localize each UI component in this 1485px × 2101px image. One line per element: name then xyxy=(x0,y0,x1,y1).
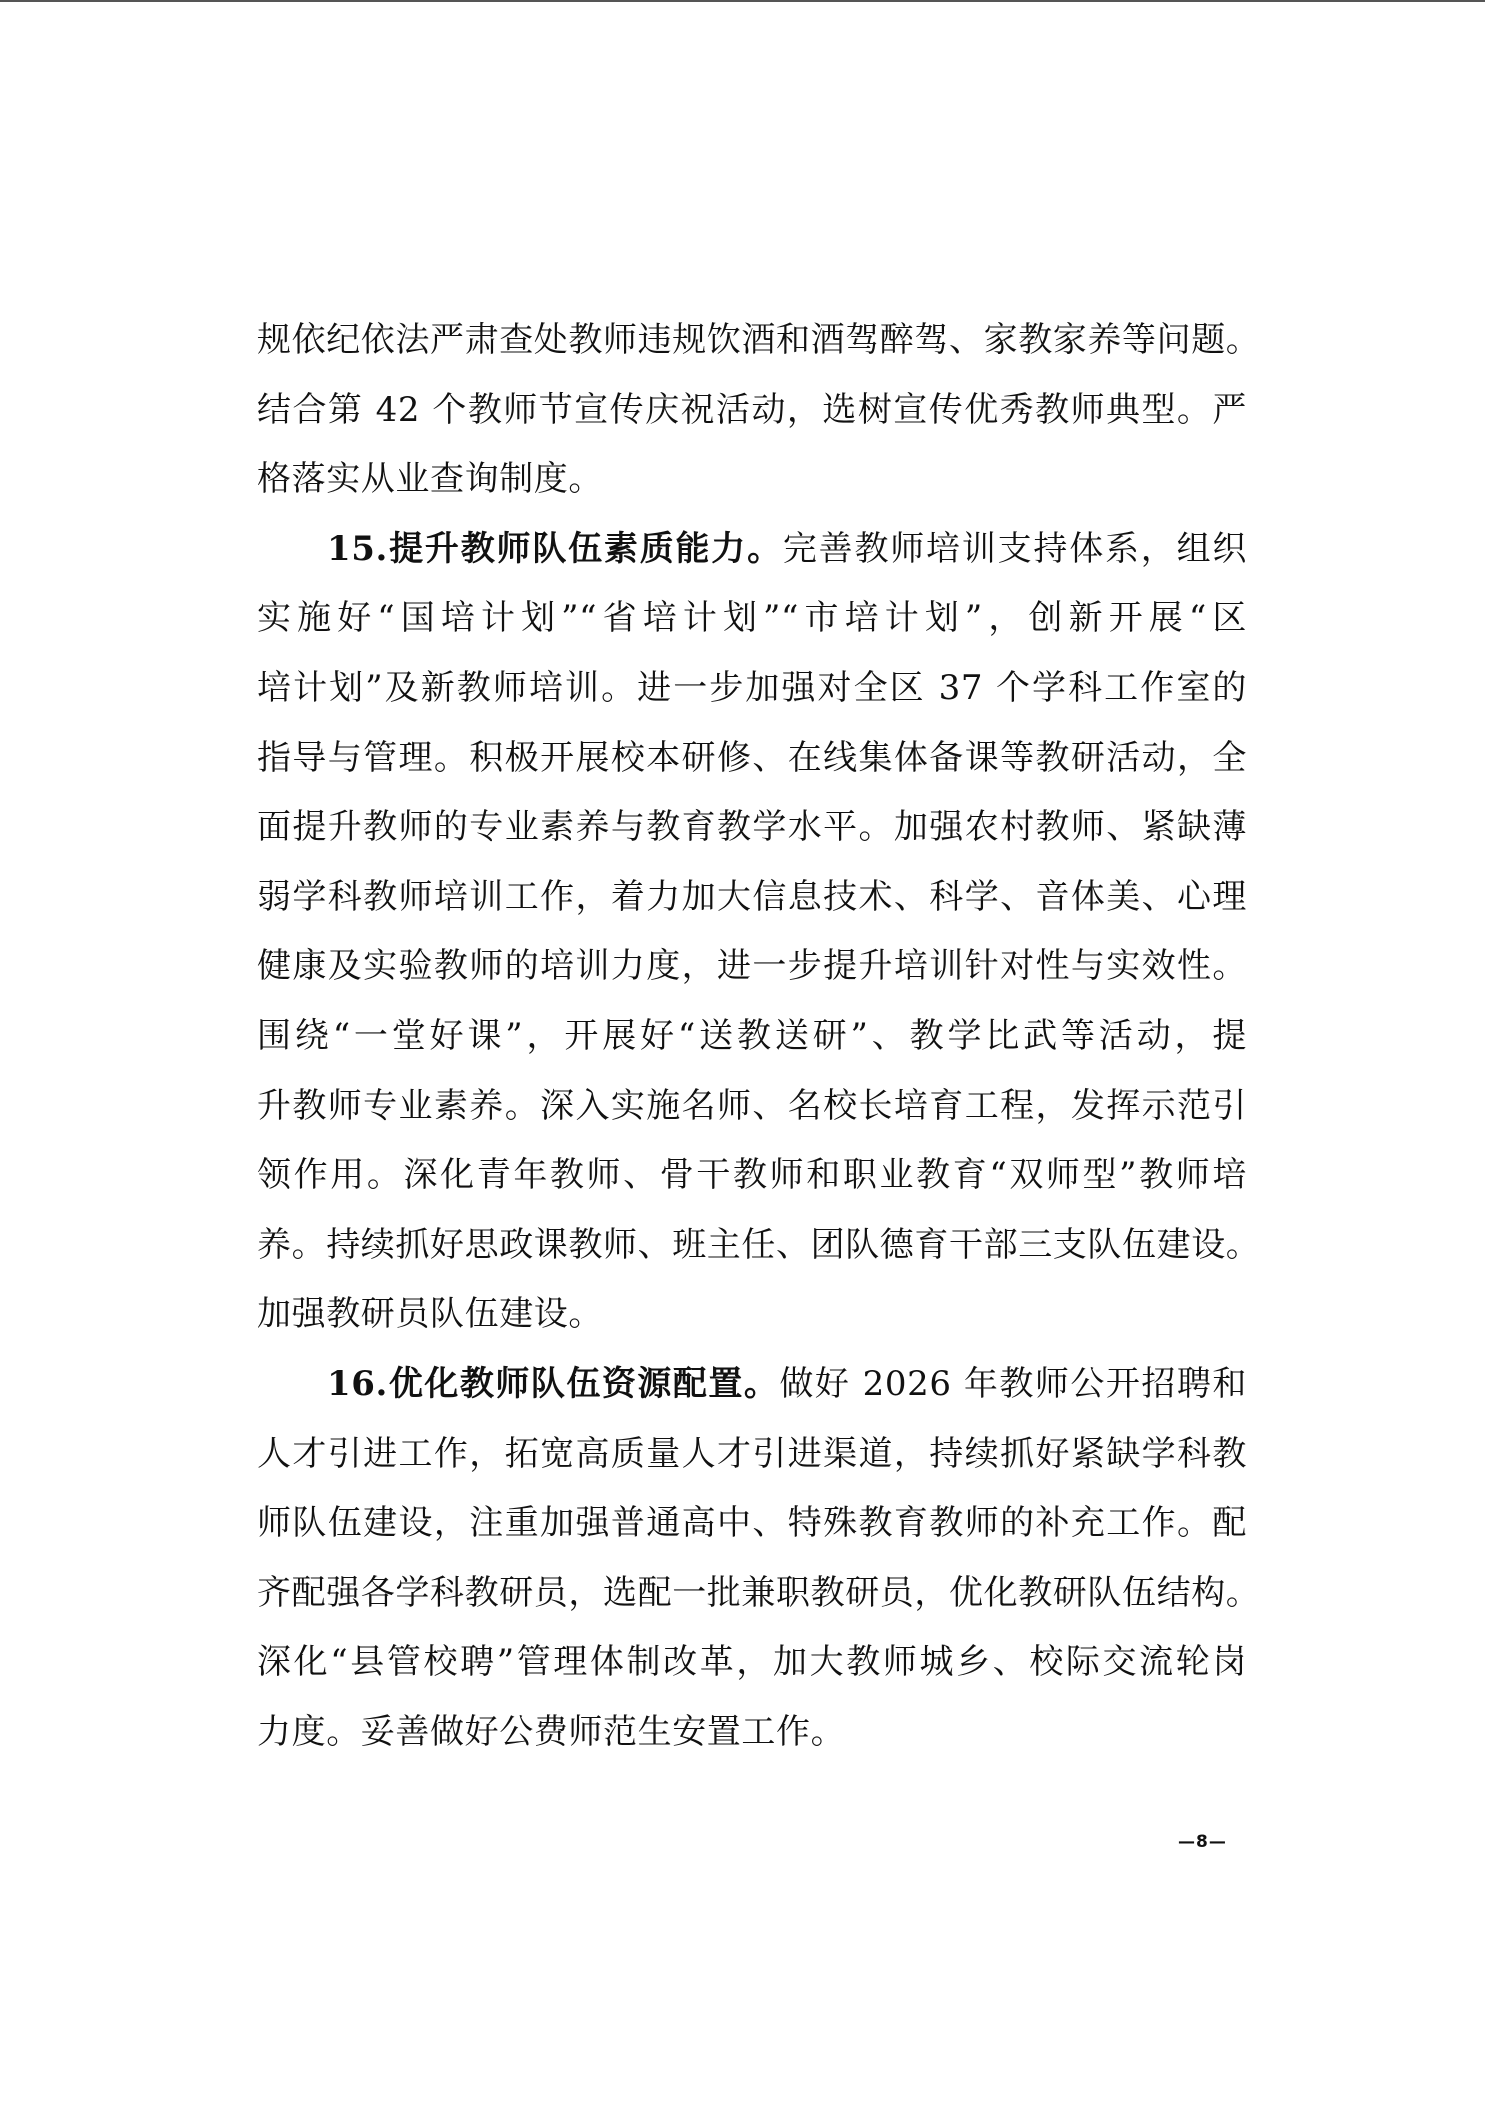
paragraph-continuation: 规依纪依法严肃查处教师违规饮酒和酒驾醉驾、家教家养等问题。 结合第 42 个教师… xyxy=(257,306,1247,515)
text-line: 16.优化教师队伍资源配置。做好 2026 年教师公开招聘和 xyxy=(257,1350,1247,1420)
text-line: 加强教研员队伍建设。 xyxy=(257,1280,1247,1350)
text-line: 养。持续抓好思政课教师、班主任、团队德育干部三支队伍建设。 xyxy=(257,1211,1247,1281)
text-line: 升教师专业素养。深入实施名师、名校长培育工程，发挥示范引 xyxy=(257,1072,1247,1142)
text-line: 格落实从业查询制度。 xyxy=(257,445,1247,515)
text-line: 15.提升教师队伍素质能力。完善教师培训支持体系，组织 xyxy=(257,515,1247,585)
paragraph-item-16: 16.优化教师队伍资源配置。做好 2026 年教师公开招聘和 人才引进工作，拓宽… xyxy=(257,1350,1247,1768)
text-line: 围绕“一堂好课”，开展好“送教送研”、教学比武等活动，提 xyxy=(257,1002,1247,1072)
document-body: 规依纪依法严肃查处教师违规饮酒和酒驾醉驾、家教家养等问题。 结合第 42 个教师… xyxy=(257,306,1247,1767)
text-line: 力度。妥善做好公费师范生安置工作。 xyxy=(257,1698,1247,1768)
text-line: 深化“县管校聘”管理体制改革，加大教师城乡、校际交流轮岗 xyxy=(257,1628,1247,1698)
text-line: 健康及实验教师的培训力度，进一步提升培训针对性与实效性。 xyxy=(257,932,1247,1002)
text-line: 人才引进工作，拓宽高质量人才引进渠道，持续抓好紧缺学科教 xyxy=(257,1420,1247,1490)
text-run: 完善教师培训支持体系，组织 xyxy=(783,529,1247,569)
text-line: 培计划”及新教师培训。进一步加强对全区 37 个学科工作室的 xyxy=(257,654,1247,724)
text-line: 弱学科教师培训工作，着力加大信息技术、科学、音体美、心理 xyxy=(257,863,1247,933)
text-line: 指导与管理。积极开展校本研修、在线集体备课等教研活动，全 xyxy=(257,724,1247,794)
section-heading-15: 15.提升教师队伍素质能力。 xyxy=(327,529,783,569)
text-line: 规依纪依法严肃查处教师违规饮酒和酒驾醉驾、家教家养等问题。 xyxy=(257,306,1247,376)
text-line: 结合第 42 个教师节宣传庆祝活动，选树宣传优秀教师典型。严 xyxy=(257,376,1247,446)
text-line: 面提升教师的专业素养与教育教学水平。加强农村教师、紧缺薄 xyxy=(257,793,1247,863)
text-line: 师队伍建设，注重加强普通高中、特殊教育教师的补充工作。配 xyxy=(257,1489,1247,1559)
page-number: —8— xyxy=(1178,1832,1227,1852)
section-heading-16: 16.优化教师队伍资源配置。 xyxy=(327,1364,779,1404)
paragraph-item-15: 15.提升教师队伍素质能力。完善教师培训支持体系，组织 实施好“国培计划”“省培… xyxy=(257,515,1247,1350)
text-line: 实施好“国培计划”“省培计划”“市培计划”，创新开展“区 xyxy=(257,584,1247,654)
text-line: 领作用。深化青年教师、骨干教师和职业教育“双师型”教师培 xyxy=(257,1141,1247,1211)
text-run: 做好 2026 年教师公开招聘和 xyxy=(779,1364,1247,1404)
top-border-rule xyxy=(0,0,1485,2)
text-line: 齐配强各学科教研员，选配一批兼职教研员，优化教研队伍结构。 xyxy=(257,1559,1247,1629)
